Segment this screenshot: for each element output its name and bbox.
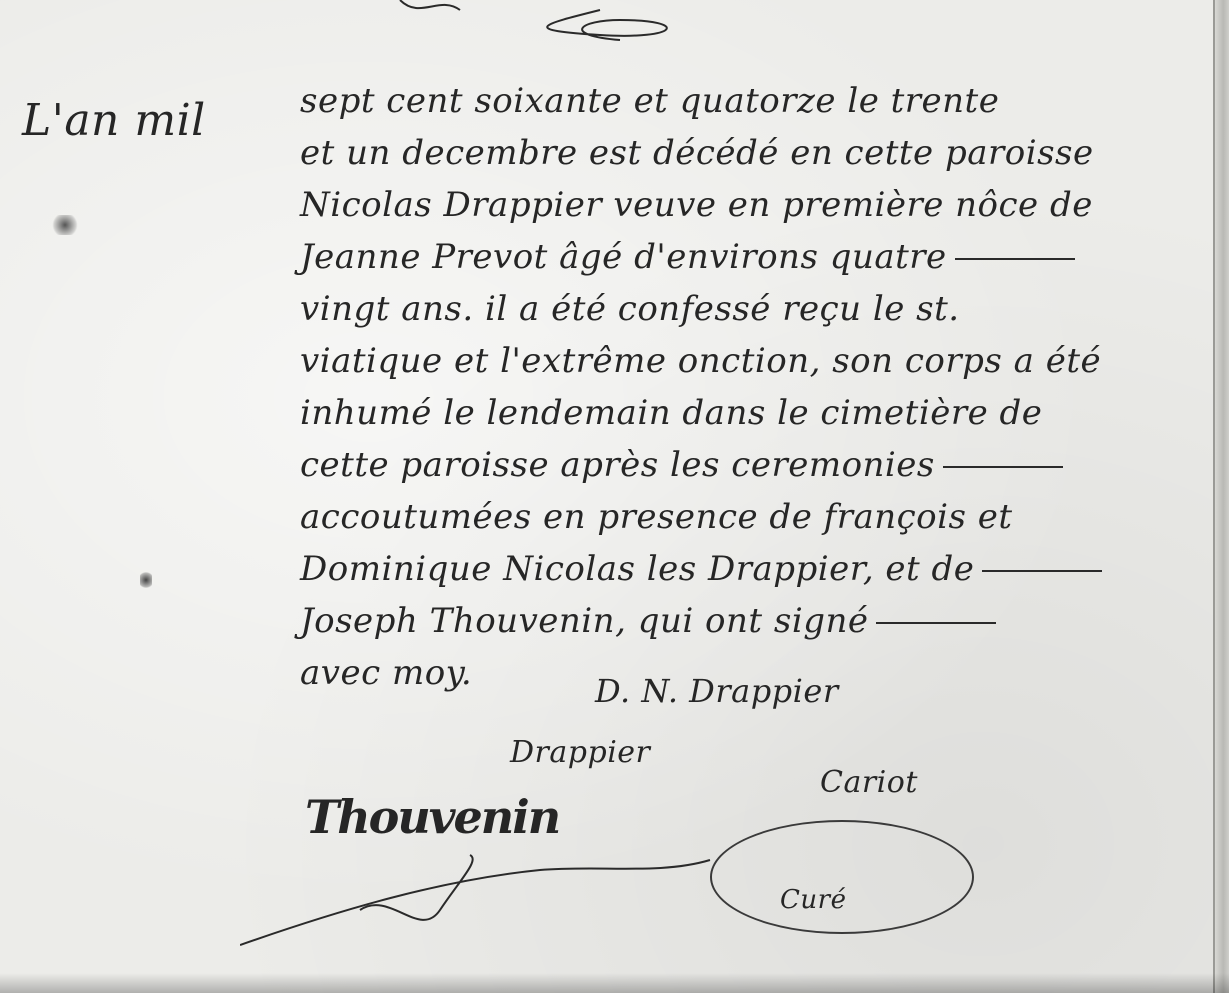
record-line: et un decembre est décédé en cette paroi… [300,127,1200,179]
signature-cariot: Cariot [820,765,918,800]
cure-signature-oval [710,820,974,934]
record-line: viatique et l'extrême onction, son corps… [300,335,1200,387]
record-line: cette paroisse après les ceremonies [300,439,1200,491]
page-edge [1213,0,1229,993]
ink-blot [140,570,152,590]
margin-heading: L'an mil [22,95,206,146]
record-line: accoutumées en presence de françois et [300,491,1200,543]
line-filler-dash [955,258,1075,260]
document-page: L'an mil sept cent soixante et quatorze … [0,0,1229,993]
signature-dn-drappier: D. N. Drappier [595,672,839,710]
record-line: vingt ans. il a été confessé reçu le st. [300,283,1200,335]
line-filler-dash [943,466,1063,468]
record-line: Joseph Thouvenin, qui ont signé [300,595,1200,647]
record-line: inhumé le lendemain dans le cimetière de [300,387,1200,439]
signature-thouvenin: Thouvenin [305,790,559,844]
heading-flourish [360,0,760,50]
record-line: sept cent soixante et quatorze le trente [300,75,1200,127]
page-bottom-edge [0,973,1229,993]
line-filler-dash [982,570,1102,572]
signature-cure: Curé [780,885,846,915]
line-filler-dash [876,622,996,624]
signature-drappier: Drappier [510,735,650,770]
record-body: sept cent soixante et quatorze le trente… [300,75,1200,699]
record-line: Jeanne Prevot âgé d'environs quatre [300,231,1200,283]
record-line: Dominique Nicolas les Drappier, et de [300,543,1200,595]
record-line: Nicolas Drappier veuve en première nôce … [300,179,1200,231]
signature-paraph [240,850,720,950]
ink-blot [50,215,80,235]
